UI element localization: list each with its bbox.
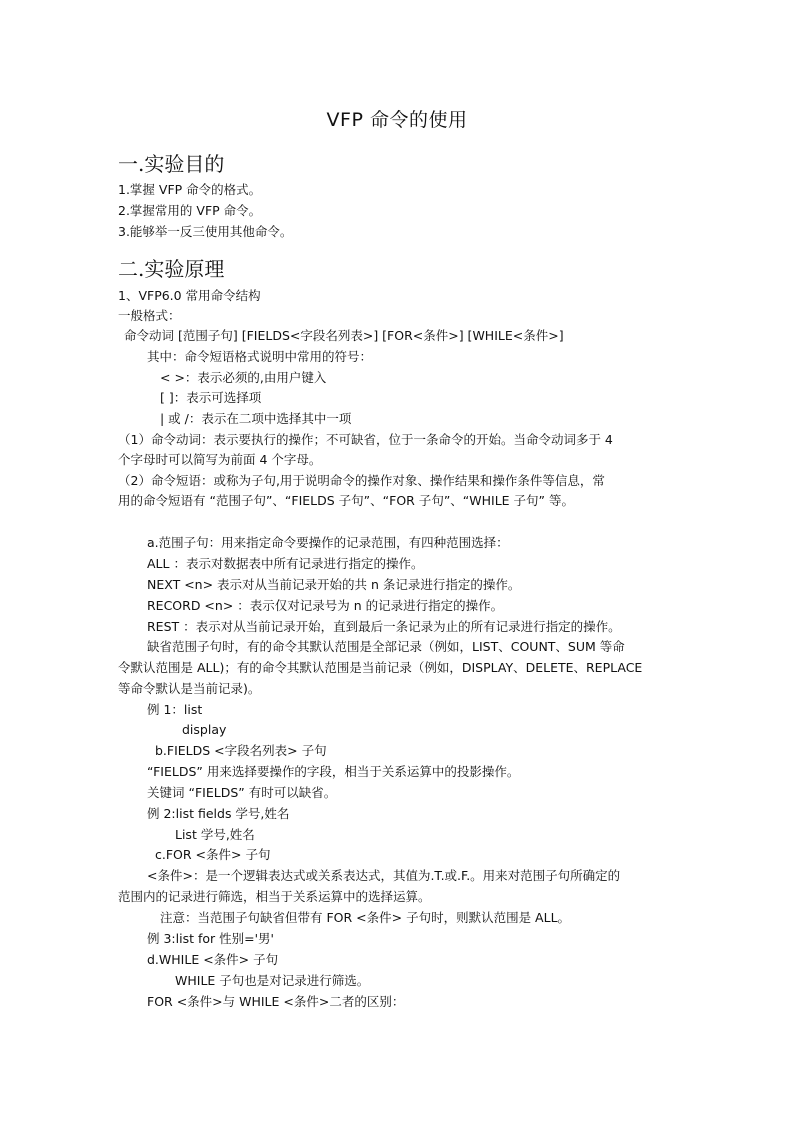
paragraph-line: 1、VFP6.0 常用命令结构 (118, 288, 261, 304)
document-page: VFP 命令的使用 一.实验目的 1.掌握 VFP 命令的格式。 2.掌握常用的… (0, 0, 794, 1123)
paragraph-line: 缺省范围子句时，有的命令其默认范围是全部记录（例如，LIST、COUNT、SUM… (147, 639, 625, 655)
paragraph-line: 用的命令短语有 “范围子句”、“FIELDS 子句”、“FOR 子句”、“WHI… (118, 493, 574, 509)
subheading-line: c.FOR <条件> 子句 (155, 847, 270, 863)
paragraph-line: REST ：表示对从当前记录开始，直到最后一条记录为止的所有记录进行指定的操作。 (147, 619, 621, 635)
example-line: display (182, 722, 226, 738)
paragraph-line: “FIELDS” 用来选择要操作的字段，相当于关系运算中的投影操作。 (147, 764, 519, 780)
paragraph-line: 关键词 “FIELDS” 有时可以缺省。 (147, 785, 336, 801)
paragraph-line: <条件>：是一个逻辑表达式或关系表达式，其值为.T.或.F.。用来对范围子句所确… (147, 868, 620, 884)
example-line: 例 1：list (147, 702, 202, 718)
section-heading-principle: 二.实验原理 (118, 253, 224, 282)
example-line: List 学号,姓名 (175, 827, 255, 843)
example-line: 例 3:list for 性别='男' (147, 931, 274, 947)
paragraph-line: 范围内的记录进行筛选，相当于关系运算中的选择运算。 (118, 889, 431, 905)
paragraph-line: a.范围子句：用来指定命令要操作的记录范围，有四种范围选择： (147, 535, 509, 551)
paragraph-line: WHILE 子句也是对记录进行筛选。 (175, 973, 369, 989)
section-heading-purpose: 一.实验目的 (118, 148, 224, 177)
paragraph-line: 其中：命令短语格式说明中常用的符号： (147, 349, 372, 365)
purpose-item: 2.掌握常用的 VFP 命令。 (118, 203, 261, 219)
subheading-line: b.FIELDS <字段名列表> 子句 (155, 743, 327, 759)
document-title: VFP 命令的使用 (0, 105, 794, 132)
paragraph-line: 令默认范围是 ALL)；有的命令其默认范围是当前记录（例如，DISPLAY、DE… (118, 660, 642, 676)
paragraph-line: 个字母时可以简写为前面 4 个字母。 (118, 452, 321, 468)
paragraph-line: ALL ：表示对数据表中所有记录进行指定的操作。 (147, 556, 423, 572)
example-line: 例 2:list fields 学号,姓名 (147, 806, 289, 822)
syntax-line: 命令动词 [范围子句] [FIELDS<字段名列表>] [FOR<条件>] [W… (124, 328, 564, 344)
symbol-line: | 或 /：表示在二项中选择其中一项 (160, 411, 351, 427)
paragraph-line: 一般格式： (118, 308, 181, 324)
paragraph-line: （1）命令动词：表示要执行的操作；不可缺省，位于一条命令的开始。当命令动词多于 … (118, 432, 613, 448)
symbol-line: < >：表示必须的,由用户键入 (160, 370, 326, 386)
paragraph-line: RECORD <n> ：表示仅对记录号为 n 的记录进行指定的操作。 (147, 598, 503, 614)
paragraph-line: FOR <条件>与 WHILE <条件>二者的区别： (147, 994, 404, 1010)
subheading-line: d.WHILE <条件> 子句 (147, 952, 278, 968)
purpose-item: 1.掌握 VFP 命令的格式。 (118, 182, 261, 198)
symbol-line: [ ]：表示可选择项 (160, 390, 261, 406)
note-line: 注意：当范围子句缺省但带有 FOR <条件> 子句时，则默认范围是 ALL。 (160, 910, 570, 926)
paragraph-line: NEXT <n> 表示对从当前记录开始的共 n 条记录进行指定的操作。 (147, 577, 520, 593)
paragraph-line: 等命令默认是当前记录)。 (118, 681, 260, 697)
paragraph-line: （2）命令短语：或称为子句,用于说明命令的操作对象、操作结果和操作条件等信息，常 (118, 473, 605, 489)
purpose-item: 3.能够举一反三使用其他命令。 (118, 224, 292, 240)
